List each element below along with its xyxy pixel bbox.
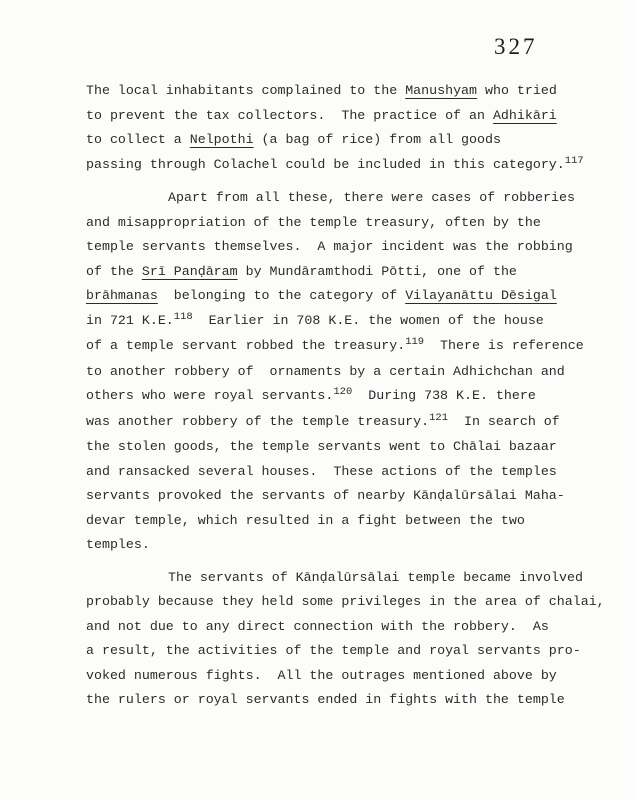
text-segment: and not due to any direct connection wit… (86, 619, 549, 634)
text-segment: by Mundāramthodi Pōtti, one of the (238, 264, 517, 279)
text-line: The local inhabitants complained to the … (86, 79, 631, 104)
text-segment: to collect a (86, 132, 190, 147)
text-segment: voked numerous fights. All the outrages … (86, 668, 557, 683)
text-segment: who tried (477, 83, 557, 98)
text-line: devar temple, which resulted in a fight … (86, 509, 631, 534)
text-segment: In search of (448, 414, 560, 429)
text-line: to prevent the tax collectors. The pract… (86, 104, 631, 129)
text-segment: the stolen goods, the temple servants we… (86, 439, 557, 454)
text-line: to another robbery of ornaments by a cer… (86, 360, 631, 385)
text-segment: passing through Colachel could be includ… (86, 157, 565, 172)
text-segment: of the (86, 264, 142, 279)
footnote-ref: 121 (429, 412, 448, 424)
text-line: passing through Colachel could be includ… (86, 153, 631, 179)
text-line: the stolen goods, the temple servants we… (86, 435, 631, 460)
text-line: and not due to any direct connection wit… (86, 615, 631, 640)
text-line: brāhmanas belonging to the category of V… (86, 284, 631, 309)
text-line: was another robbery of the temple treasu… (86, 410, 631, 436)
text-line: and misappropriation of the temple treas… (86, 211, 631, 236)
text-line: of a temple servant robbed the treasury.… (86, 334, 631, 360)
text-segment: probably because they held some privileg… (86, 594, 605, 609)
underlined-term: Srī Panḍāram (142, 264, 238, 279)
underlined-term: Nelpothi (190, 132, 254, 147)
scanned-document-page: 327 The local inhabitants complained to … (0, 0, 636, 800)
text-line: of the Srī Panḍāram by Mundāramthodi Pōt… (86, 260, 631, 285)
text-segment: temple servants themselves. A major inci… (86, 239, 573, 254)
text-segment: Apart from all these, there were cases o… (168, 190, 575, 205)
text-line: in 721 K.E.118 Earlier in 708 K.E. the w… (86, 309, 631, 335)
text-segment: (a bag of rice) from all goods (254, 132, 501, 147)
text-segment: devar temple, which resulted in a fight … (86, 513, 525, 528)
document-text: The local inhabitants complained to the … (86, 79, 631, 721)
page-number: 327 (494, 34, 538, 60)
text-segment: Earlier in 708 K.E. the women of the hou… (193, 313, 544, 328)
text-segment: The servants of Kānḍalūrsālai temple bec… (168, 570, 583, 585)
paragraph: The local inhabitants complained to the … (86, 79, 631, 178)
footnote-ref: 119 (405, 336, 424, 348)
underlined-term: Vilayanāttu Dēsigal (405, 288, 557, 303)
footnote-ref: 117 (565, 155, 584, 167)
text-line: Apart from all these, there were cases o… (86, 186, 631, 211)
text-segment: to prevent the tax collectors. The pract… (86, 108, 493, 123)
text-segment: and ransacked several houses. These acti… (86, 464, 557, 479)
paragraph: The servants of Kānḍalūrsālai temple bec… (86, 566, 631, 713)
text-line: voked numerous fights. All the outrages … (86, 664, 631, 689)
text-segment: a result, the activities of the temple a… (86, 643, 581, 658)
text-segment: was another robbery of the temple treasu… (86, 414, 429, 429)
text-segment: of a temple servant robbed the treasury. (86, 338, 405, 353)
text-line: The servants of Kānḍalūrsālai temple bec… (86, 566, 631, 591)
text-line: to collect a Nelpothi (a bag of rice) fr… (86, 128, 631, 153)
text-line: and ransacked several houses. These acti… (86, 460, 631, 485)
text-segment: to another robbery of ornaments by a cer… (86, 364, 565, 379)
text-line: temples. (86, 533, 631, 558)
text-line: others who were royal servants.120 Durin… (86, 384, 631, 410)
text-line: a result, the activities of the temple a… (86, 639, 631, 664)
underlined-term: Manushyam (405, 83, 477, 98)
text-segment: There is reference (424, 338, 584, 353)
text-segment: temples. (86, 537, 150, 552)
underlined-term: brāhmanas (86, 288, 158, 303)
paragraph: Apart from all these, there were cases o… (86, 186, 631, 558)
text-segment: and misappropriation of the temple treas… (86, 215, 541, 230)
text-segment: During 738 K.E. there (352, 388, 536, 403)
text-segment: belonging to the category of (158, 288, 405, 303)
text-segment: others who were royal servants. (86, 388, 333, 403)
text-segment: the rulers or royal servants ended in fi… (86, 692, 565, 707)
text-line: the rulers or royal servants ended in fi… (86, 688, 631, 713)
footnote-ref: 118 (174, 311, 193, 323)
text-segment: The local inhabitants complained to the (86, 83, 405, 98)
text-line: servants provoked the servants of nearby… (86, 484, 631, 509)
text-line: probably because they held some privileg… (86, 590, 631, 615)
text-line: temple servants themselves. A major inci… (86, 235, 631, 260)
text-segment: servants provoked the servants of nearby… (86, 488, 565, 503)
footnote-ref: 120 (333, 386, 352, 398)
text-segment: in 721 K.E. (86, 313, 174, 328)
underlined-term: Adhikāri (493, 108, 557, 123)
